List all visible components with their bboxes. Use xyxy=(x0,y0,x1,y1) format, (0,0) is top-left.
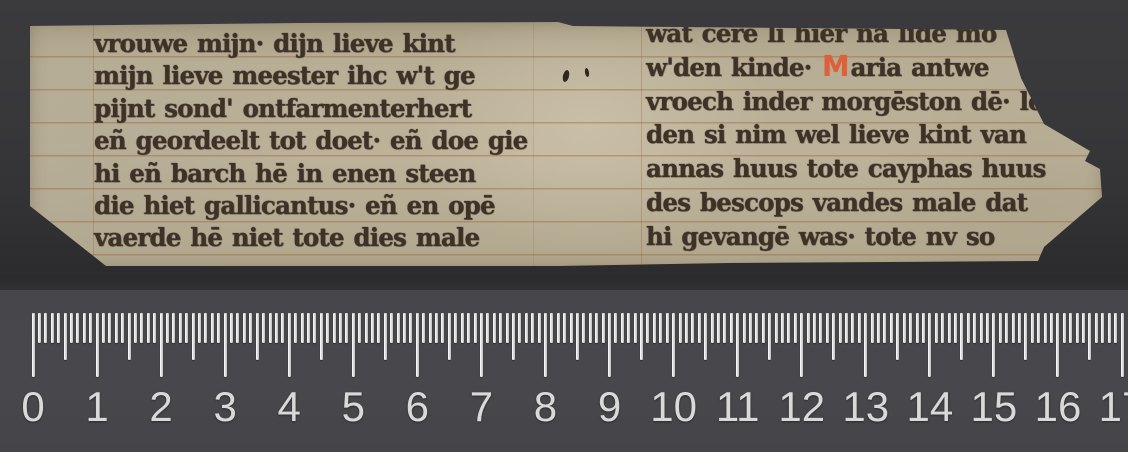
ruler-tick xyxy=(51,313,54,343)
ruler-tick xyxy=(429,313,432,343)
manuscript-line: annas huus tote cayphas huus xyxy=(646,151,1046,186)
ruler-tick xyxy=(224,313,227,377)
ruler-tick xyxy=(441,313,444,343)
ruler-tick xyxy=(723,313,726,343)
ruler-tick xyxy=(358,313,361,343)
ruler-tick xyxy=(851,313,854,343)
ruler-tick xyxy=(589,313,592,343)
ruler-tick xyxy=(909,313,912,343)
ruler-tick xyxy=(352,313,355,377)
ruler-tick xyxy=(345,313,348,343)
ruler-tick xyxy=(813,313,816,343)
ruler-tick xyxy=(550,313,553,343)
ruler-tick xyxy=(454,313,457,343)
ruler-tick xyxy=(582,313,585,343)
ruler-tick xyxy=(416,313,419,377)
ruler-tick xyxy=(531,313,534,343)
manuscript-line: w'den kinde· Maria antwe xyxy=(646,50,1046,85)
ruler-tick xyxy=(653,313,656,343)
ruler-tick xyxy=(666,313,669,343)
manuscript-line-text: aria antwe xyxy=(850,52,988,82)
ruler-tick xyxy=(954,313,957,343)
ruler-tick xyxy=(1076,313,1079,343)
ruler-tick xyxy=(140,313,143,343)
margin-ruling-line xyxy=(641,20,642,270)
ruler-number: 15 xyxy=(971,386,1018,428)
ruler-tick xyxy=(204,313,207,343)
ruler-tick xyxy=(980,313,983,343)
ruler-tick xyxy=(115,313,118,343)
ruler-tick xyxy=(493,313,496,343)
text-column-right: wat cere li hier na lide mo w'den kinde·… xyxy=(646,16,1046,253)
ruler-tick xyxy=(948,313,951,343)
ruler-tick xyxy=(32,313,35,377)
ruler-tick xyxy=(672,313,675,377)
ruler-tick xyxy=(730,313,733,343)
ruler-tick xyxy=(1024,313,1027,360)
ruler-tick xyxy=(992,313,995,377)
ruler-number: 13 xyxy=(842,386,889,428)
ruler-number: 16 xyxy=(1035,386,1082,428)
ruler-tick xyxy=(160,313,163,377)
ruler-tick xyxy=(685,313,688,343)
manuscript-line: mijn lieve meester ihc w't ge xyxy=(94,59,527,93)
manuscript-line-text: w'den kinde· xyxy=(646,52,821,82)
ruler-tick xyxy=(38,313,41,343)
ruler-tick xyxy=(698,313,701,343)
ruler-tick xyxy=(384,313,387,360)
ruler-tick xyxy=(819,313,822,343)
ruler-tick xyxy=(243,313,246,343)
ruler-tick xyxy=(1031,313,1034,343)
ruler-tick xyxy=(711,313,714,343)
ruler-tick xyxy=(153,313,156,343)
ruler-tick xyxy=(557,313,560,343)
ruler-tick xyxy=(128,313,131,360)
ruler-tick xyxy=(736,313,739,377)
ruler-tick xyxy=(179,313,182,343)
manuscript-line: hi eñ barch hē in enen steen xyxy=(94,157,527,191)
ruler-tick xyxy=(307,313,310,343)
ruler-tick xyxy=(544,313,547,377)
ruler-tick xyxy=(608,313,611,377)
ruler-tick xyxy=(1114,313,1117,343)
ruler-tick xyxy=(230,313,233,343)
ruler-tick xyxy=(198,313,201,343)
ruler-tick xyxy=(1069,313,1072,343)
ruler-tick xyxy=(1101,313,1104,343)
ruler-tick xyxy=(794,313,797,343)
manuscript-line: vrouwe mijn· dijn lieve kint xyxy=(94,27,527,61)
ruler-tick xyxy=(807,313,810,343)
ruler-tick xyxy=(172,313,175,343)
ruler-tick xyxy=(192,313,195,360)
manuscript-line: den si nim wel lieve kint van xyxy=(646,117,1046,152)
ruler-tick xyxy=(890,313,893,343)
ruler-tick xyxy=(166,313,169,343)
ruler-number: 5 xyxy=(342,386,365,428)
ruler-tick xyxy=(595,313,598,343)
ruler-number: 8 xyxy=(534,386,557,428)
ruler-number: 7 xyxy=(470,386,493,428)
ruler-tick xyxy=(262,313,265,343)
ruler-number: 17 xyxy=(1099,386,1128,428)
ruler-tick xyxy=(1121,313,1124,377)
ruler-tick xyxy=(333,313,336,343)
ruler-tick xyxy=(377,313,380,343)
ruler-tick xyxy=(634,313,637,343)
ruler-tick xyxy=(762,313,765,343)
ruler-tick xyxy=(602,313,605,343)
ruler-tick xyxy=(1018,313,1021,343)
ruler-tick xyxy=(211,313,214,343)
ruler-tick xyxy=(845,313,848,343)
ruler-number: 4 xyxy=(278,386,301,428)
ruler-tick xyxy=(896,313,899,360)
ruler-tick xyxy=(1095,313,1098,343)
manuscript-line: hi gevangē was· tote nv so xyxy=(646,219,1046,254)
ruler-tick xyxy=(301,313,304,343)
ruler-tick xyxy=(621,313,624,343)
ruler-tick xyxy=(960,313,963,360)
ruler-tick xyxy=(185,313,188,343)
ruler-tick xyxy=(525,313,528,343)
ruler-tick xyxy=(313,313,316,343)
ruler-tick xyxy=(967,313,970,343)
ruler-number: 12 xyxy=(778,386,825,428)
ruler-tick xyxy=(659,313,662,343)
ruler-tick xyxy=(480,313,483,377)
ruler-tick xyxy=(935,313,938,343)
ruler-tick xyxy=(288,313,291,377)
ruler-tick xyxy=(506,313,509,343)
parchment-fragment: vrouwe mijn· dijn lieve kint mijn lieve … xyxy=(28,20,1104,270)
manuscript-line: wat cere li hier na lide mo xyxy=(646,16,1046,51)
digitized-manuscript-image: vrouwe mijn· dijn lieve kint mijn lieve … xyxy=(0,0,1128,452)
ruler-tick xyxy=(102,313,105,343)
ruler-tick xyxy=(839,313,842,343)
ruler-tick xyxy=(217,313,220,343)
ruler-tick xyxy=(269,313,272,343)
ruler-tick xyxy=(999,313,1002,343)
ruler-tick xyxy=(755,313,758,343)
ruler-number: 10 xyxy=(650,386,697,428)
ruler-tick xyxy=(256,313,259,360)
ruler-tick xyxy=(576,313,579,360)
ruler-tick xyxy=(275,313,278,343)
ruler-tick xyxy=(147,313,150,343)
ruler-tick xyxy=(1050,313,1053,343)
ruler-tick xyxy=(1088,313,1091,360)
ruler-tick xyxy=(281,313,284,343)
text-column-left: vrouwe mijn· dijn lieve kint mijn lieve … xyxy=(94,27,527,254)
ruler-tick xyxy=(249,313,252,343)
ruler-tick xyxy=(704,313,707,360)
ruler-tick xyxy=(858,313,861,343)
ruler-tick xyxy=(89,313,92,343)
ruler-tick xyxy=(1037,313,1040,343)
ruler-number: 0 xyxy=(21,386,44,428)
ruler-tick xyxy=(832,313,835,360)
ruler-tick xyxy=(928,313,931,377)
ruler-tick xyxy=(679,313,682,343)
ruler-tick xyxy=(236,313,239,343)
ruler-tick xyxy=(646,313,649,343)
ruler-tick xyxy=(749,313,752,343)
ruler-tick xyxy=(614,313,617,343)
manuscript-line: pijnt sond' ontfarmenterhert xyxy=(94,92,527,126)
ruler-tick xyxy=(435,313,438,343)
ruler-tick xyxy=(44,313,47,343)
ruler-number: 9 xyxy=(598,386,621,428)
ruler-tick xyxy=(1063,313,1066,343)
ruler-tick xyxy=(1044,313,1047,343)
ruler-tick xyxy=(70,313,73,343)
ruler-tick xyxy=(339,313,342,343)
ruler-tick xyxy=(570,313,573,343)
manuscript-line: vaerde hē niet tote dies male xyxy=(94,221,527,255)
ruler-tick xyxy=(134,313,137,343)
ruler-tick xyxy=(397,313,400,343)
manuscript-line: eñ geordeelt tot doet· eñ doe gie xyxy=(94,124,527,158)
ruler-tick xyxy=(96,313,99,377)
ruler-tick xyxy=(499,313,502,343)
ruler-tick xyxy=(883,313,886,343)
ruler-tick xyxy=(365,313,368,343)
ruler: 01234567891011121314151617 xyxy=(0,290,1128,452)
ruler-tick xyxy=(64,313,67,360)
manuscript-line: des bescops vandes male dat xyxy=(646,185,1046,220)
ruler-tick xyxy=(1012,313,1015,343)
ruler-tick xyxy=(57,313,60,343)
ruler-tick xyxy=(916,313,919,343)
ruler-tick xyxy=(903,313,906,343)
ruler-number: 11 xyxy=(716,386,760,428)
ruler-tick xyxy=(973,313,976,343)
ruler-tick xyxy=(691,313,694,343)
ruler-tick xyxy=(781,313,784,343)
ruler-tick xyxy=(371,313,374,343)
ruler-number: 1 xyxy=(85,386,108,428)
ruler-tick xyxy=(922,313,925,343)
ruler-tick xyxy=(871,313,874,343)
ruler-tick xyxy=(422,313,425,343)
ruler-tick xyxy=(320,313,323,360)
ruler-tick xyxy=(486,313,489,343)
ruler-tick xyxy=(403,313,406,343)
ruler-tick xyxy=(1056,313,1059,377)
ruler-tick xyxy=(563,313,566,343)
ruler-tick xyxy=(467,313,470,343)
ruler-tick xyxy=(627,313,630,343)
manuscript-line: die hiet gallicantus· eñ en opē xyxy=(94,189,527,223)
ruler-tick xyxy=(768,313,771,360)
ruler-tick xyxy=(787,313,790,343)
ruler-tick xyxy=(326,313,329,343)
ruler-tick xyxy=(294,313,297,343)
ruler-tick xyxy=(83,313,86,343)
ruler-number: 2 xyxy=(149,386,172,428)
ruler-tick xyxy=(121,313,124,343)
ruler-tick xyxy=(461,313,464,343)
ruler-tick xyxy=(800,313,803,377)
ruler-tick xyxy=(826,313,829,343)
ruler-tick xyxy=(409,313,412,343)
ruler-tick xyxy=(640,313,643,360)
ruler-tick xyxy=(1005,313,1008,343)
ruler-tick xyxy=(448,313,451,360)
ruler-tick xyxy=(743,313,746,343)
ruler-number: 6 xyxy=(406,386,429,428)
ruler-tick xyxy=(76,313,79,343)
ruler-tick xyxy=(941,313,944,343)
ruler-tick xyxy=(1108,313,1111,343)
rubricated-initial-m: M xyxy=(822,51,849,83)
ruler-tick xyxy=(1082,313,1085,343)
photo-background: vrouwe mijn· dijn lieve kint mijn lieve … xyxy=(0,0,1128,290)
ruler-tick xyxy=(512,313,515,360)
manuscript-line: vroech inder morgēston dē· le xyxy=(646,84,1046,119)
ruler-tick xyxy=(108,313,111,343)
ruler-tick xyxy=(538,313,541,343)
ruler-tick xyxy=(864,313,867,377)
ruler-tick xyxy=(518,313,521,343)
margin-ruling-line xyxy=(533,20,534,270)
ruler-tick xyxy=(717,313,720,343)
ruler-number: 3 xyxy=(213,386,236,428)
ruler-number: 14 xyxy=(906,386,953,428)
ruler-tick xyxy=(474,313,477,343)
ruler-tick xyxy=(775,313,778,343)
ruler-tick xyxy=(986,313,989,343)
ruler-tick xyxy=(390,313,393,343)
ruler-tick xyxy=(877,313,880,343)
